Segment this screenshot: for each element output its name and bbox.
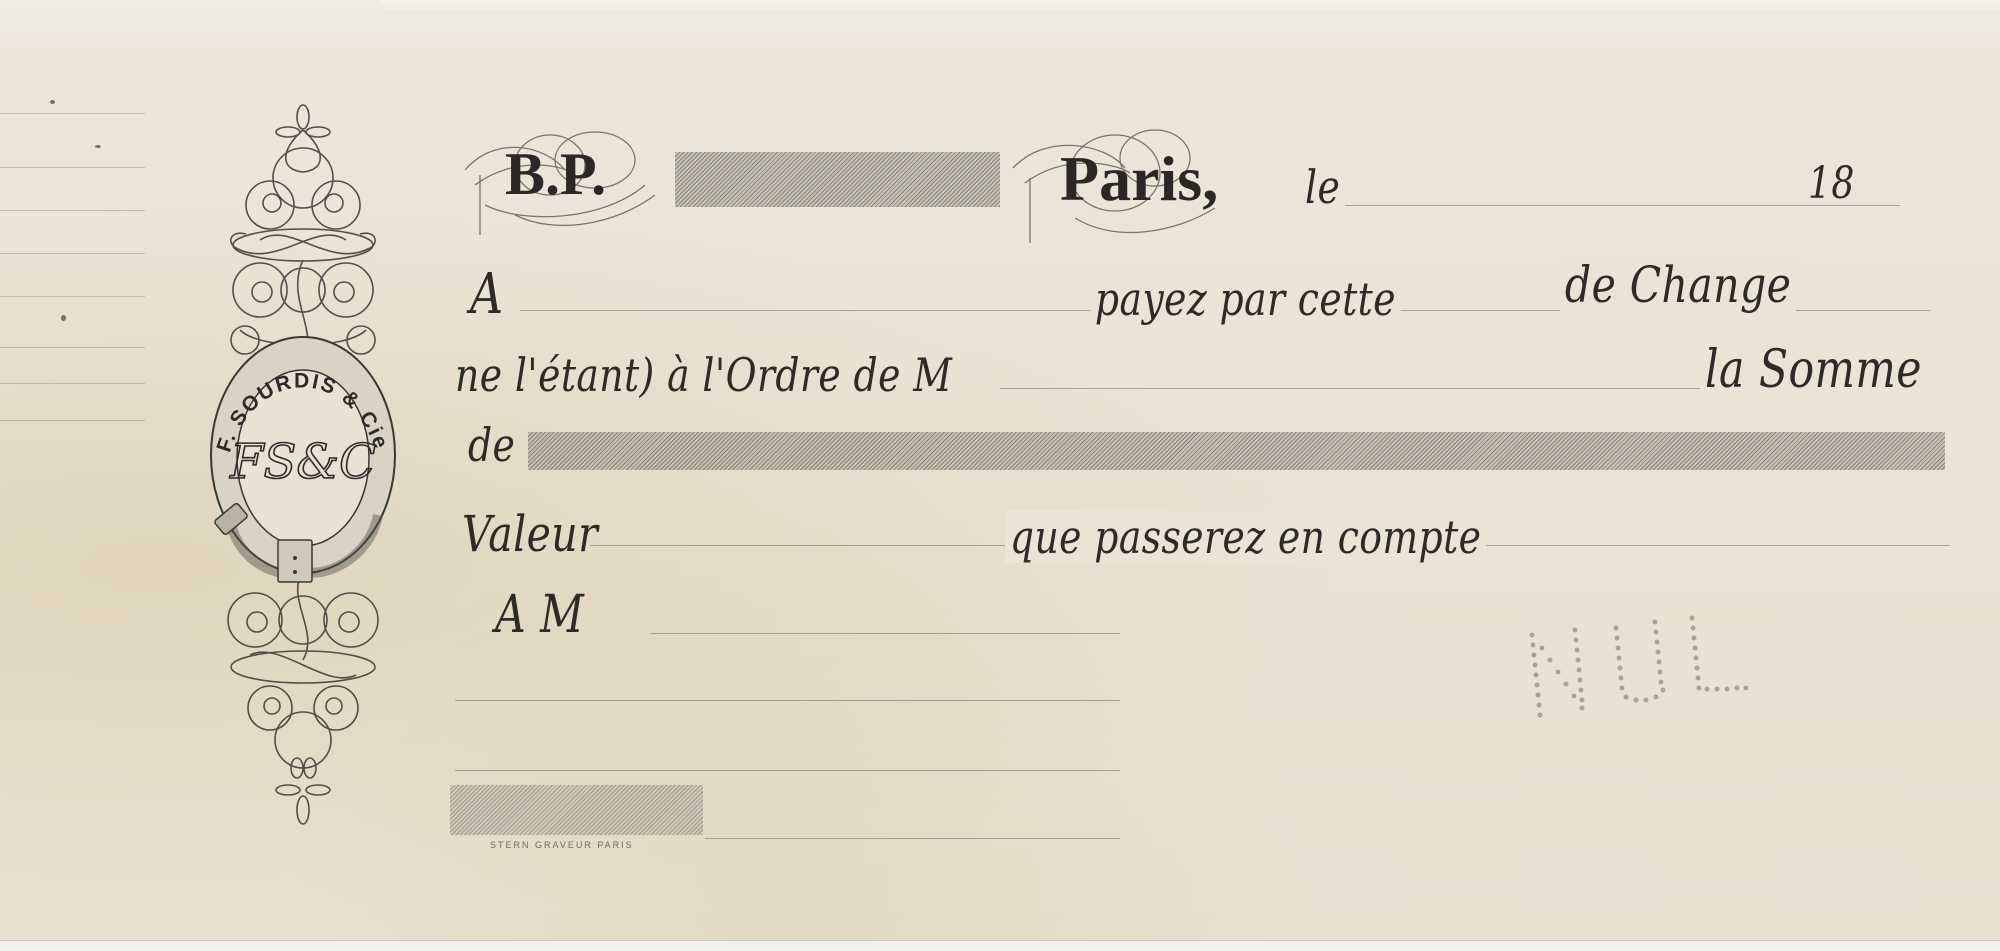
payez-par-cette-label: payez par cette <box>1090 272 1401 326</box>
paper-top-edge <box>380 0 2000 14</box>
nul-perforation-stamp: NUL <box>1520 600 1780 730</box>
de-change-label: de Change <box>1560 256 1796 314</box>
nul-text: NUL <box>1520 600 1523 601</box>
drawee-prefix-label: A M <box>495 585 584 645</box>
ordre-label: ne l'étant) à l'Ordre de M <box>455 348 952 402</box>
drawee-line[interactable] <box>650 633 1120 634</box>
paper-bottom-edge <box>0 940 2000 951</box>
address-line-1[interactable] <box>455 700 1120 701</box>
year-prefix-label: 18 <box>1808 158 1855 209</box>
signature-line[interactable] <box>705 838 1120 839</box>
date-prefix-label: le <box>1305 160 1340 214</box>
address-line-2[interactable] <box>455 770 1120 771</box>
bottom-shaded-field[interactable] <box>450 785 703 835</box>
medallion-monogram: FS&C <box>229 434 376 490</box>
valeur-label: Valeur <box>462 505 598 563</box>
payee-prefix-label: A <box>470 262 504 327</box>
ink-spot <box>61 315 66 321</box>
la-somme-label: la Somme <box>1705 340 1922 400</box>
order-line[interactable] <box>1000 388 1700 389</box>
paris-city-label: Paris, <box>1060 142 1218 216</box>
amount-shaded-field[interactable] <box>528 432 1945 470</box>
de-label: de <box>468 418 515 472</box>
ink-spot <box>95 145 101 148</box>
ink-spot <box>50 100 55 104</box>
engraver-credit: STERN GRAVEUR PARIS <box>490 840 634 850</box>
bp-header-label: B.P. <box>505 140 606 209</box>
bp-shaded-field[interactable] <box>675 152 1000 207</box>
calligraphic-vignette-icon: F. SOURDIS & Cie FS&C <box>200 100 400 830</box>
que-passerez-label: que passerez en compte <box>1005 510 1486 564</box>
